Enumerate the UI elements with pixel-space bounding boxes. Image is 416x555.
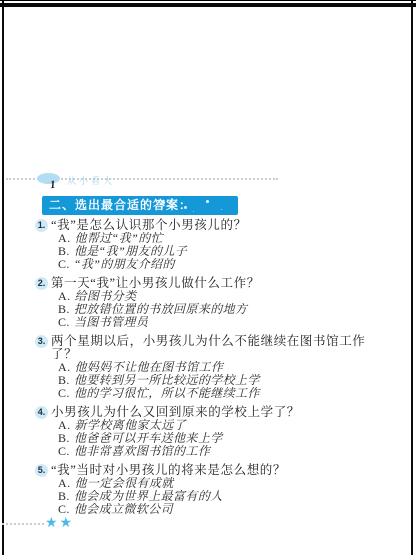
question-list: 1. “我”是怎么认识那个小男孩儿的？ A.他帮过“我”的忙 B.他是“我”朋友… bbox=[36, 219, 382, 522]
option-text: 他会成立微软公司 bbox=[74, 502, 173, 516]
option-label: A. bbox=[58, 418, 70, 432]
section-banner: 二、选出最合适的答案： bbox=[42, 196, 238, 215]
option-label: B. bbox=[58, 244, 70, 258]
section-title: 二、选出最合适的答案： bbox=[42, 196, 238, 215]
question-3: 3. 两个星期以后，小男孩儿为什么不能继续在图书馆工作了？ A.他妈妈不让他在图… bbox=[36, 335, 382, 400]
option-text: 他妈妈不让他在图书馆工作 bbox=[74, 360, 223, 374]
question-text: 两个星期以后，小男孩儿为什么不能继续在图书馆工作了？ bbox=[51, 335, 367, 361]
option-label: C. bbox=[58, 315, 70, 329]
option-text: 把放错位置的书放回原来的地方 bbox=[74, 302, 248, 316]
question-number-badge: 2. bbox=[35, 277, 48, 290]
question-number-badge: 4. bbox=[35, 406, 48, 419]
difficulty-stars-icon: ★★ bbox=[45, 515, 74, 531]
page-frame-right bbox=[411, 1, 413, 555]
option-label: C. bbox=[58, 386, 70, 400]
option-row: C.他非常喜欢图书馆的工作 bbox=[58, 445, 382, 458]
option-text: 新学校离他家太远了 bbox=[74, 418, 186, 432]
running-title: 从小看大 bbox=[67, 174, 115, 187]
option-label: A. bbox=[58, 289, 70, 303]
page-frame-left bbox=[2, 1, 4, 555]
option-row: C.当图书管理员 bbox=[58, 316, 382, 329]
question-number-badge: 1. bbox=[35, 219, 48, 232]
option-row: C.他的学习很忙，所以不能继续工作 bbox=[58, 387, 382, 400]
option-list: A.新学校离他家太远了 B.他爸爸可以开车送他来上学 C.他非常喜欢图书馆的工作 bbox=[58, 419, 382, 458]
option-label: C. bbox=[58, 444, 70, 458]
option-text: 他一定会很有成就 bbox=[74, 476, 173, 490]
option-list: A.他一定会很有成就 B.他会成为世界上最富有的人 C.他会成立微软公司 bbox=[58, 477, 382, 516]
question-number-badge: 3. bbox=[35, 335, 48, 348]
sparkle-dots-icon bbox=[162, 201, 165, 204]
option-text: “我”的朋友介绍的 bbox=[74, 257, 175, 271]
option-label: C. bbox=[58, 257, 70, 271]
page-frame-top-outer bbox=[0, 0, 416, 1]
option-list: A.他帮过“我”的忙 B.他是“我”朋友的儿子 C.“我”的朋友介绍的 bbox=[58, 232, 382, 271]
option-label: B. bbox=[58, 373, 70, 387]
page-frame-top-inner bbox=[0, 3, 416, 7]
question-1: 1. “我”是怎么认识那个小男孩儿的？ A.他帮过“我”的忙 B.他是“我”朋友… bbox=[36, 219, 382, 271]
option-label: C. bbox=[58, 502, 70, 516]
option-text: 他爸爸可以开车送他来上学 bbox=[74, 431, 223, 445]
question-4: 4. 小男孩儿为什么又回到原来的学校上学了？ A.新学校离他家太远了 B.他爸爸… bbox=[36, 406, 382, 458]
option-label: B. bbox=[58, 431, 70, 445]
option-row: C.“我”的朋友介绍的 bbox=[58, 258, 382, 271]
option-text: 他会成为世界上最富有的人 bbox=[74, 489, 223, 503]
option-list: A.他妈妈不让他在图书馆工作 B.他要转到另一所比较远的学校上学 C.他的学习很… bbox=[58, 361, 382, 400]
question-2: 2. 第一天“我”让小男孩儿做什么工作？ A.给图书分类 B.把放错位置的书放回… bbox=[36, 277, 382, 329]
option-text: 他非常喜欢图书馆的工作 bbox=[74, 444, 210, 458]
option-text: 他要转到另一所比较远的学校上学 bbox=[74, 373, 260, 387]
option-label: B. bbox=[58, 489, 70, 503]
option-label: A. bbox=[58, 231, 70, 245]
option-list: A.给图书分类 B.把放错位置的书放回原来的地方 C.当图书管理员 bbox=[58, 290, 382, 329]
option-text: 他是“我”朋友的儿子 bbox=[74, 244, 187, 258]
question-number-badge: 5. bbox=[35, 464, 48, 477]
option-label: A. bbox=[58, 476, 70, 490]
lesson-number: 1 bbox=[49, 179, 56, 192]
option-text: 他的学习很忙，所以不能继续工作 bbox=[74, 386, 260, 400]
option-text: 当图书管理员 bbox=[74, 315, 148, 329]
option-text: 他帮过“我”的忙 bbox=[74, 231, 163, 245]
option-text: 给图书分类 bbox=[74, 289, 136, 303]
footer-dotted-divider bbox=[2, 523, 44, 525]
question-5: 5. “我”当时对小男孩儿的将来是怎么想的？ A.他一定会很有成就 B.他会成为… bbox=[36, 464, 382, 516]
option-label: A. bbox=[58, 360, 70, 374]
option-label: B. bbox=[58, 302, 70, 316]
option-row: C.他会成立微软公司 bbox=[58, 503, 382, 516]
